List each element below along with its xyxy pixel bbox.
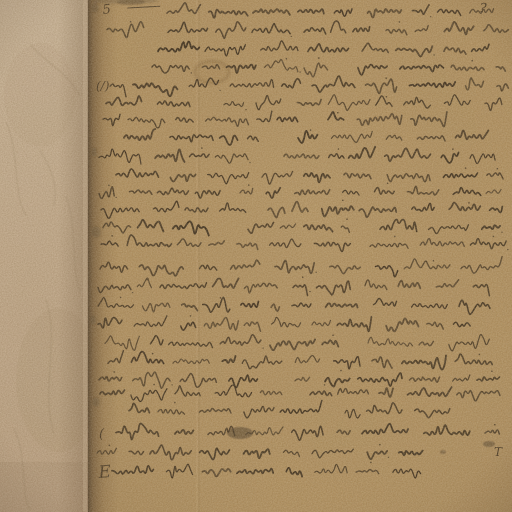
letter-scan: 5—?(/)(ET (0, 0, 512, 512)
vignette (0, 0, 512, 512)
letter-artwork: 5—?(/)(ET (0, 0, 512, 512)
